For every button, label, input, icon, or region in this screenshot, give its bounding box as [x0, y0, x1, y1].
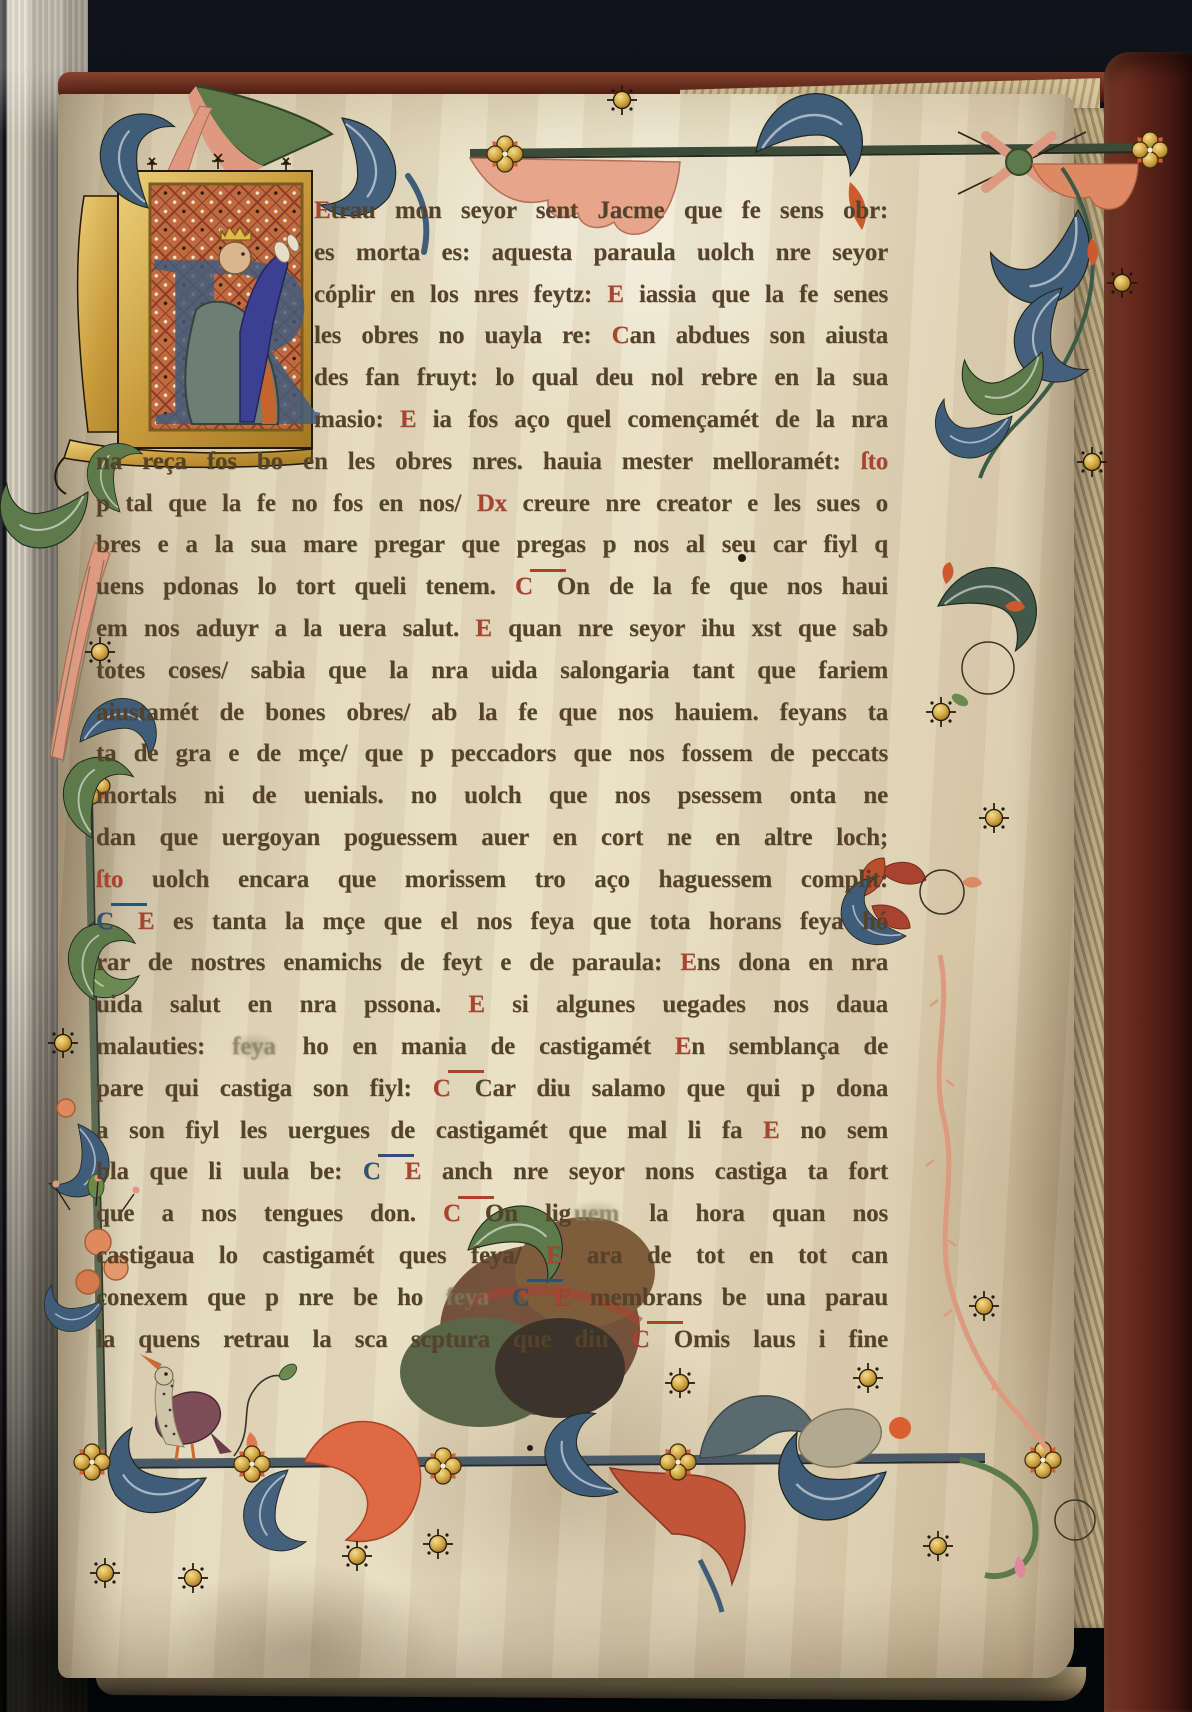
- text-line: castigaua lo castigamét ques feya/ E ara…: [96, 1235, 888, 1277]
- text-line: masio: E ia fos aço quel començamét de l…: [314, 399, 888, 441]
- text-segment: membrans be una parau: [570, 1284, 888, 1311]
- text-segment: conexem que p nre be ho: [96, 1284, 443, 1311]
- text-segment: n semblança de: [691, 1033, 888, 1060]
- text-segment: Omis laus i fine: [674, 1326, 888, 1353]
- text-line: na reça fos bo en les obres nres. hauia …: [96, 441, 888, 483]
- text-line: es morta es: aquesta paraula uolch nre s…: [314, 232, 888, 274]
- text-segment: creure nre creator e les sues o: [507, 490, 888, 517]
- rubricated-segment: C: [632, 1319, 650, 1361]
- text-line: p tal que la fe no fos en nos/ Dx creure…: [96, 483, 888, 525]
- text-segment: les obres no uayla re:: [314, 322, 612, 349]
- rubricated-segment: E: [475, 615, 491, 642]
- text-segment: an abdues son aiusta: [629, 322, 888, 349]
- rubricated-segment: ſto: [96, 866, 123, 893]
- rubricated-segment: E: [405, 1158, 421, 1185]
- text-line: bres e a la sua mare pregar que pregas p…: [96, 524, 888, 566]
- rubricated-segment: C: [96, 901, 114, 943]
- text-block: Etrau mon seyor sent Jacme que fe sens o…: [96, 190, 888, 1360]
- text-segment: quan nre seyor ihu xst que sab: [492, 615, 888, 642]
- text-segment: na reça fos bo en les obres nres. hauia …: [96, 448, 861, 475]
- manuscript-photo: R: [0, 0, 1192, 1712]
- text-segment: [492, 1284, 512, 1311]
- text-segment: trau mon seyor sent Jacme que fe sens ob…: [330, 197, 888, 224]
- text-segment: la hora quan nos: [622, 1200, 888, 1227]
- book-leather-cover-right: [1104, 52, 1192, 1712]
- text-line: mortals ni de uenials. no uolch que nos …: [96, 775, 888, 817]
- rubricated-segment: E: [680, 949, 696, 976]
- text-segment: iassia que la fe senes: [624, 281, 888, 308]
- text-line: rar de nostres enamichs de feyt e de par…: [96, 942, 888, 984]
- text-line: CE es tanta la mçe que el nos feya que t…: [96, 901, 888, 943]
- text-segment: no sem: [780, 1117, 888, 1144]
- rubricated-segment: uem: [571, 1200, 622, 1227]
- text-segment: uens pdonas lo tort queli tenem.: [96, 573, 515, 600]
- text-segment: aiustamét de bones obres/ ab la fe que n…: [96, 699, 888, 726]
- text-line: bla que li uula be: CE anch nre seyor no…: [96, 1151, 888, 1193]
- rubricated-segment: E: [607, 281, 623, 308]
- text-line: aiustamét de bones obres/ ab la fe que n…: [96, 692, 888, 734]
- text-segment: totes coses/ sabia que la nra uida salon…: [96, 657, 888, 684]
- rubricated-segment: C: [443, 1193, 461, 1235]
- rubricated-segment: ſto: [861, 448, 888, 475]
- text-segment: uolch encara que morissem tro aço hagues…: [123, 866, 888, 893]
- rubricated-segment: E: [468, 991, 484, 1018]
- text-segment: ns dona en nra: [697, 949, 888, 976]
- rubricated-segment: E: [314, 197, 330, 224]
- text-line: malauties: feya ho en mania de castigamé…: [96, 1026, 888, 1068]
- text-segment: Car diu salamo que qui p dona: [475, 1075, 888, 1102]
- text-line: cóplir en los nres feytz: E iassia que l…: [314, 274, 888, 316]
- text-line: ta de gra e de mçe/ que p peccadors que …: [96, 733, 888, 775]
- rubricated-segment: E: [546, 1242, 562, 1269]
- text-line: Etrau mon seyor sent Jacme que fe sens o…: [314, 190, 888, 232]
- text-segment: mortals ni de uenials. no uolch que nos …: [96, 782, 888, 809]
- text-line: pare qui castiga son fiyl: CCar diu sala…: [96, 1068, 888, 1110]
- text-segment: ara de tot en tot can: [562, 1242, 888, 1269]
- text-segment: masio:: [314, 406, 400, 433]
- text-segment: cóplir en los nres feytz:: [314, 281, 607, 308]
- text-segment: ho en mania de castigamét: [279, 1033, 675, 1060]
- text-segment: em nos aduyr a la uera salut.: [96, 615, 475, 642]
- text-segment: rar de nostres enamichs de feyt e de par…: [96, 949, 680, 976]
- text-line: conexem que p nre be ho feya CE membrans…: [96, 1277, 888, 1319]
- text-segment: castigaua lo castigamét ques feya/: [96, 1242, 546, 1269]
- text-segment: malauties:: [96, 1033, 229, 1060]
- text-segment: la quens retrau la sca scptura que diu: [96, 1326, 632, 1353]
- text-line: des fan fruyt: lo qual deu nol rebre en …: [314, 357, 888, 399]
- text-segment: des fan fruyt: lo qual deu nol rebre en …: [314, 364, 888, 391]
- rubricated-segment: Dx: [477, 490, 507, 517]
- rubricated-segment: E: [400, 406, 416, 433]
- rubricated-segment: E: [763, 1117, 779, 1144]
- text-line: les obres no uayla re: Can abdues son ai…: [314, 315, 888, 357]
- rubricated-segment: feya: [443, 1284, 493, 1311]
- text-segment: a son fiyl les uergues de castigamét que…: [96, 1117, 763, 1144]
- rubricated-segment: C: [612, 322, 630, 349]
- text-line: que a nos tengues don. COn liguem la hor…: [96, 1193, 888, 1235]
- text-line: totes coses/ sabia que la nra uida salon…: [96, 650, 888, 692]
- rubricated-segment: E: [675, 1033, 691, 1060]
- text-segment: que a nos tengues don.: [96, 1200, 443, 1227]
- text-segment: uida salut en nra pssona.: [96, 991, 468, 1018]
- text-line: uida salut en nra pssona. E si algunes u…: [96, 984, 888, 1026]
- text-segment: ia fos aço quel començamét de la nra: [416, 406, 888, 433]
- text-segment: p tal que la fe no fos en nos/: [96, 490, 477, 517]
- rubricated-segment: C: [515, 566, 533, 608]
- text-segment: bla que li uula be:: [96, 1158, 363, 1185]
- text-line: a son fiyl les uergues de castigamét que…: [96, 1110, 888, 1152]
- text-line: uens pdonas lo tort queli tenem. COn de …: [96, 566, 888, 608]
- text-segment: bres e a la sua mare pregar que pregas p…: [96, 531, 888, 558]
- text-segment: pare qui castiga son fiyl:: [96, 1075, 433, 1102]
- text-segment: dan que uergoyan poguessem auer en cort …: [96, 824, 888, 851]
- rubricated-segment: C: [433, 1068, 451, 1110]
- text-segment: si algunes uegades nos daua: [485, 991, 888, 1018]
- text-segment: es morta es: aquesta paraula uolch nre s…: [314, 239, 888, 266]
- rubricated-segment: E: [554, 1284, 570, 1311]
- rubricated-segment: feya: [229, 1033, 279, 1060]
- text-segment: anch nre seyor nons castiga ta fort: [421, 1158, 888, 1185]
- text-segment: On de la fe que nos haui: [557, 573, 888, 600]
- text-segment: es tanta la mçe que el nos feya que tota…: [154, 908, 888, 935]
- text-segment: ta de gra e de mçe/ que p peccadors que …: [96, 740, 888, 767]
- text-line: ſto uolch encara que morissem tro aço ha…: [96, 859, 888, 901]
- rubricated-segment: C: [363, 1151, 381, 1193]
- rubricated-segment: C: [512, 1277, 530, 1319]
- text-segment: On lig: [485, 1200, 571, 1227]
- text-line: dan que uergoyan poguessem auer en cort …: [96, 817, 888, 859]
- text-line: la quens retrau la sca scptura que diu C…: [96, 1319, 888, 1361]
- rubricated-segment: E: [138, 908, 154, 935]
- text-line: em nos aduyr a la uera salut. E quan nre…: [96, 608, 888, 650]
